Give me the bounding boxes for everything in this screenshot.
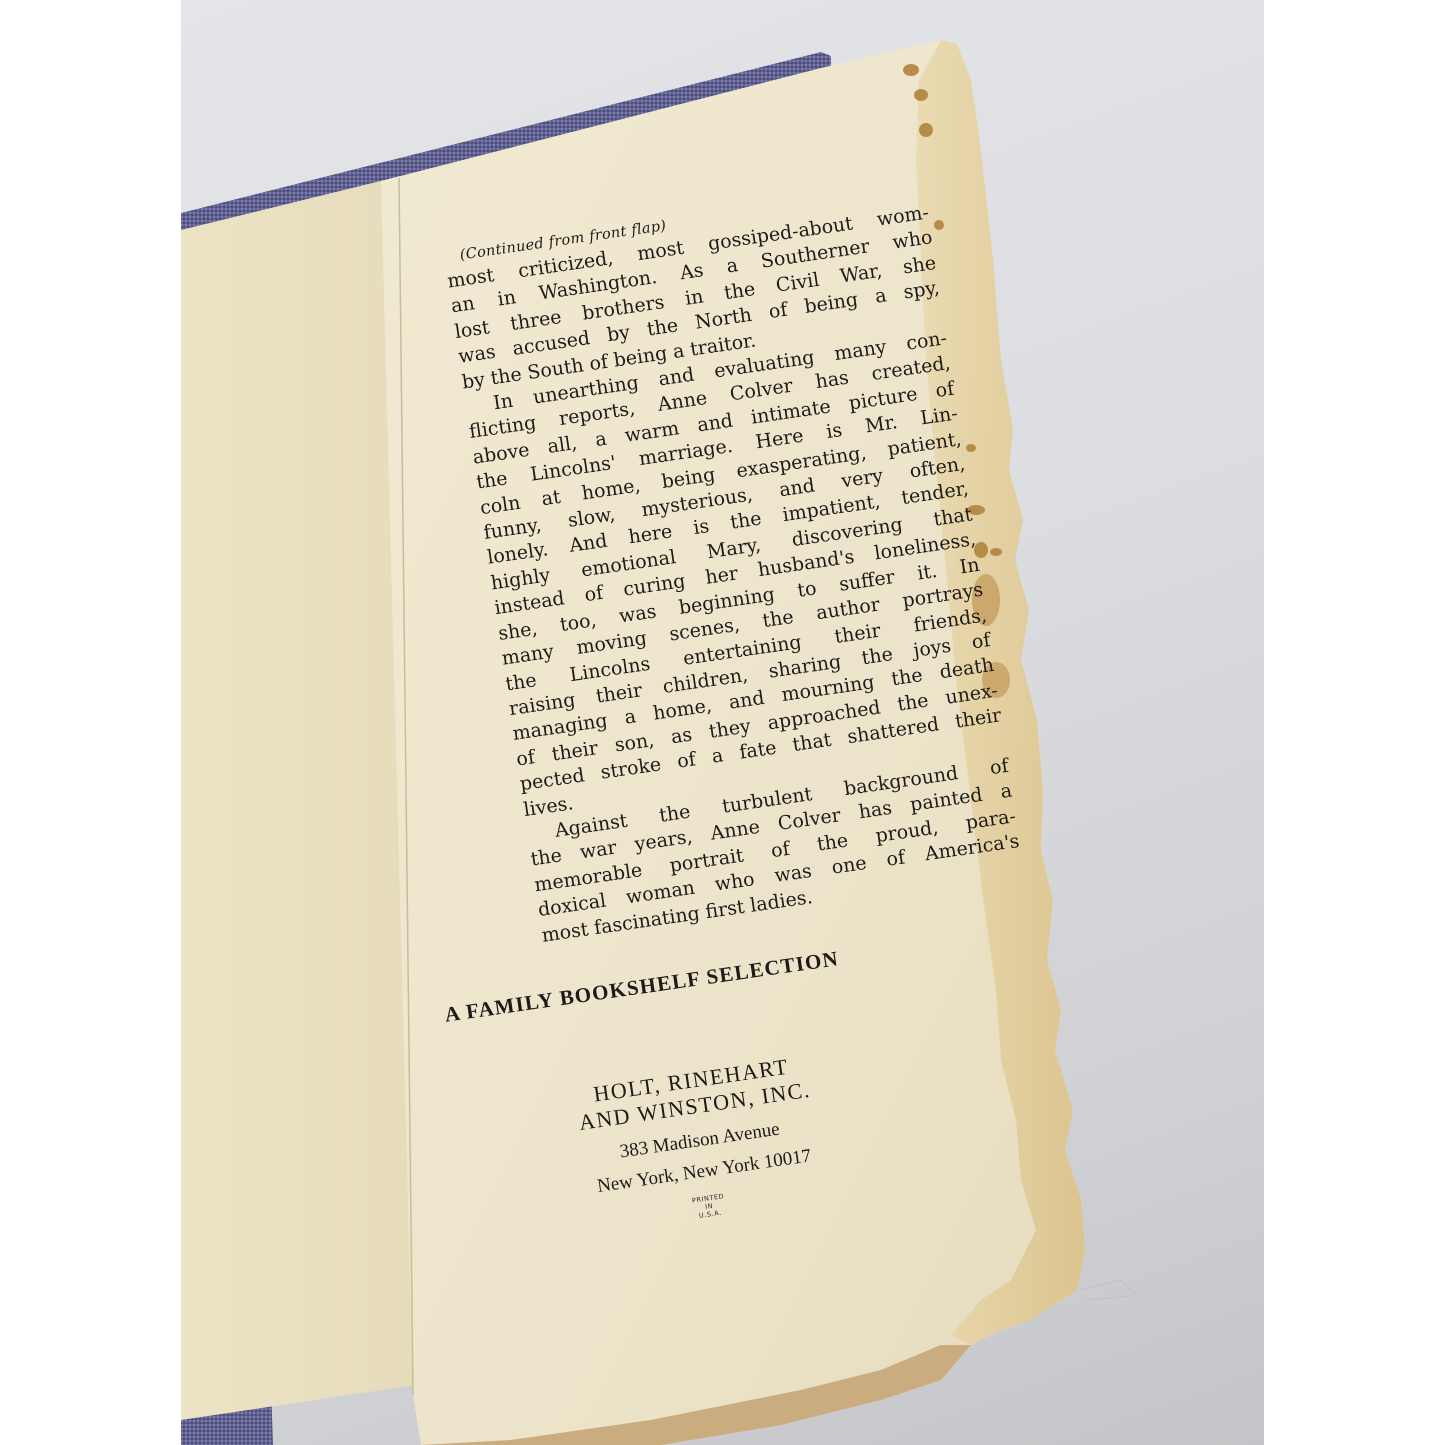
book-photo: (Continued from front flap) most critici… [181,0,1264,1445]
flap-body-text: (Continued from front flap) most critici… [443,176,1058,949]
endpaper [181,176,416,1420]
loose-threads [1081,1280,1141,1300]
